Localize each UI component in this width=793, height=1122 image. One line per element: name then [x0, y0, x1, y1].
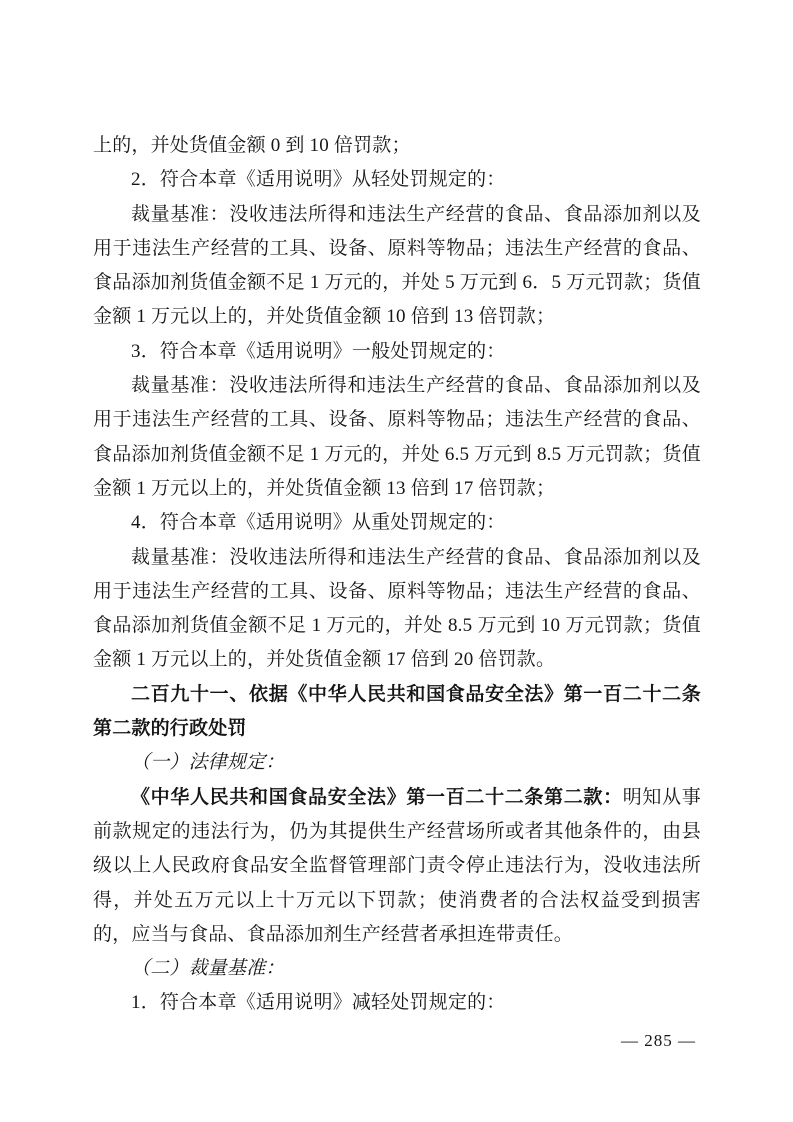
section-heading-291: 二百九十一、依据《中华人民共和国食品安全法》第一百二十二条第二款的行政处罚: [93, 678, 701, 747]
law-article-lead: 《中华人民共和国食品安全法》第一百二十二条第二款：: [131, 787, 623, 808]
subsection-heading-discretion-standard: （二）裁量基准：: [93, 952, 701, 986]
paragraph-item-2: 2．符合本章《适用说明》从轻处罚规定的：: [93, 163, 701, 197]
law-article-text: 明知从事前款规定的违法行为，仍为其提供生产经营场所或者其他条件的，由县级以上人民…: [93, 787, 701, 945]
paragraph-discretion-standard-general: 裁量基准：没收违法所得和违法生产经营的食品、食品添加剂以及用于违法生产经营的工具…: [93, 369, 701, 506]
paragraph-discretion-standard-heavier: 裁量基准：没收违法所得和违法生产经营的食品、食品添加剂以及用于违法生产经营的工具…: [93, 541, 701, 678]
document-body: 上的，并处货值金额 0 到 10 倍罚款； 2．符合本章《适用说明》从轻处罚规定…: [93, 129, 701, 1021]
paragraph-item-4: 4．符合本章《适用说明》从重处罚规定的：: [93, 506, 701, 540]
paragraph-item-1: 1．符合本章《适用说明》减轻处罚规定的：: [93, 986, 701, 1020]
subsection-heading-legal-provision: （一）法律规定：: [93, 746, 701, 780]
page-number: — 285 —: [621, 1031, 696, 1051]
document-page: 上的，并处货值金额 0 到 10 倍罚款； 2．符合本章《适用说明》从轻处罚规定…: [0, 0, 793, 1122]
paragraph-item-3: 3．符合本章《适用说明》一般处罚规定的：: [93, 335, 701, 369]
paragraph-continuation: 上的，并处货值金额 0 到 10 倍罚款；: [93, 129, 701, 163]
paragraph-discretion-standard-lighter: 裁量基准：没收违法所得和违法生产经营的食品、食品添加剂以及用于违法生产经营的工具…: [93, 198, 701, 335]
paragraph-law-article: 《中华人民共和国食品安全法》第一百二十二条第二款：明知从事前款规定的违法行为，仍…: [93, 781, 701, 952]
